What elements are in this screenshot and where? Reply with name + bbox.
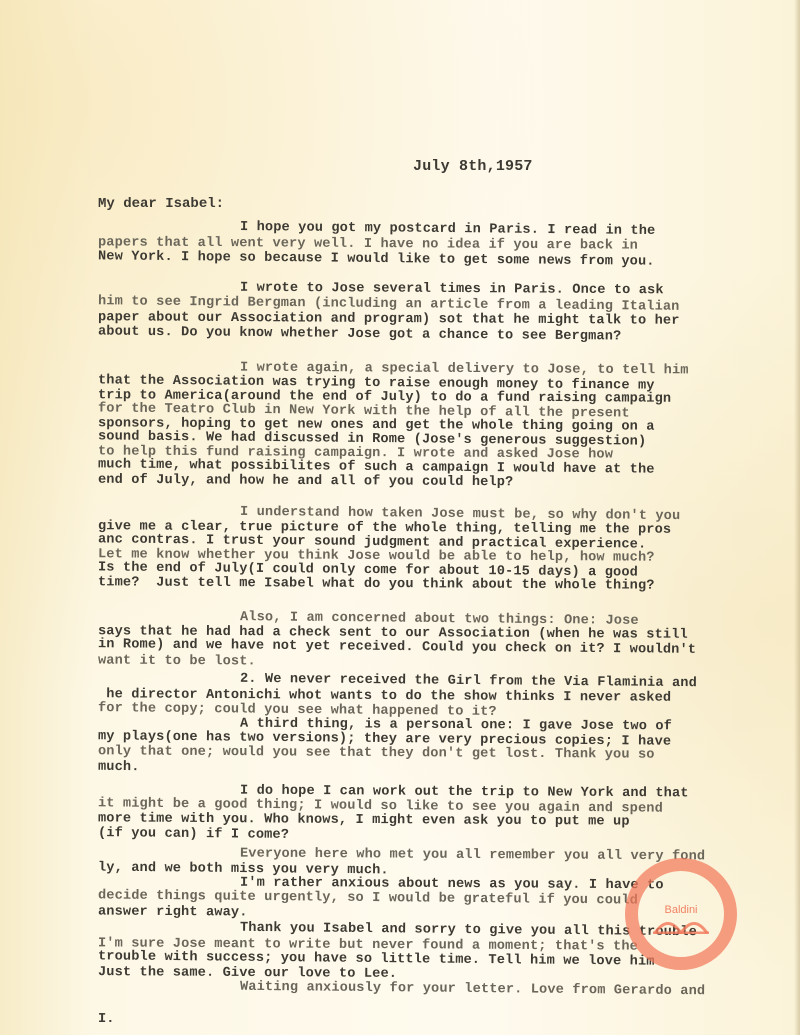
- letter-line: much.: [98, 760, 140, 775]
- letter-salutation: My dear Isabel:: [98, 196, 224, 212]
- letter-line: want it to be lost.: [98, 654, 256, 670]
- letter-line: (if you can) if I come?: [98, 826, 289, 843]
- paper-edge: [794, 0, 800, 1035]
- letter-date: July 8th,1957: [413, 158, 533, 175]
- letter-line: answer right away.: [98, 905, 248, 921]
- letter-line: end of July, and how he and all of you c…: [98, 473, 513, 491]
- letter-line: I.: [98, 1012, 115, 1027]
